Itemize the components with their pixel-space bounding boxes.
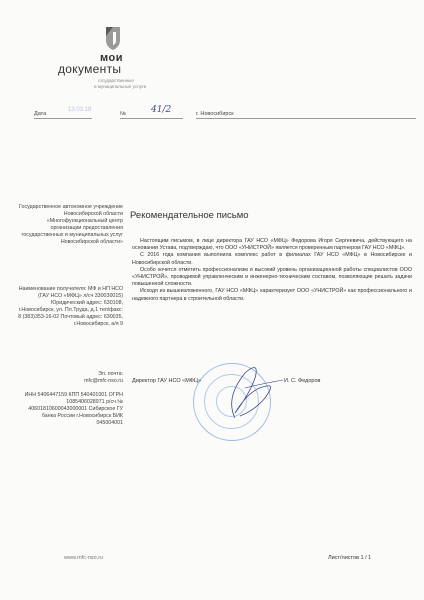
letter-paragraph: С 2016 года компания выполнила комплекс … [132, 252, 412, 266]
number-underline [120, 118, 183, 119]
letter-paragraph: Настоящим письмом, в лице директора ГАУ … [132, 238, 412, 252]
date-value: 13.03.18 [68, 107, 91, 113]
footer-website: www.mfc-nso.ru [64, 555, 103, 561]
logo: мои документы государственные и муниципа… [58, 24, 138, 94]
letter-page: мои документы государственные и муниципа… [0, 0, 424, 600]
number-label: № [120, 111, 126, 117]
date-label: Дата [34, 111, 46, 117]
logo-mark-icon [100, 24, 126, 52]
sidebar-bank-details: ИНН 5406447159 КПП 540401001 ОГРН 108540… [18, 392, 123, 427]
letter-body: Настоящим письмом, в лице директора ГАУ … [132, 238, 412, 303]
letter-paragraph: Исходя из вышеизложенного, ГАУ НСО «МФЦ»… [132, 288, 412, 302]
sidebar-recipient: Наименование получателя: МФ и НП НСО (ГА… [18, 286, 123, 328]
signatory-role: Директор ГАУ НСО «МФЦ» [132, 378, 201, 384]
sidebar-organization: Государственное автономное учреждение Но… [18, 204, 123, 246]
city-underline [196, 118, 416, 119]
sidebar-email: mfc@mfc-nso.ru [18, 378, 123, 385]
letter-title: Рекомендательное письмо [130, 210, 249, 221]
sidebar-email-label: Эл. почта: [18, 371, 123, 378]
signatory-name: И. С. Федоров [284, 378, 320, 384]
date-underline [34, 118, 92, 119]
letter-header: Дата 13.03.18 № 41/2 г. Новосибирск [0, 109, 424, 125]
number-value: 41/2 [151, 105, 171, 115]
letter-paragraph: Особо хочется отметить профессионализм и… [132, 267, 412, 289]
logo-subtitle-2: и муниципальные услуги [94, 84, 146, 89]
logo-subtitle-1: государственные [98, 78, 134, 83]
footer-page-count: Лист/листов 1 / 1 [328, 555, 371, 561]
handwritten-signature-icon [205, 358, 285, 438]
logo-text-documents: документы [58, 62, 121, 76]
city-label: г. Новосибирск [196, 111, 234, 117]
